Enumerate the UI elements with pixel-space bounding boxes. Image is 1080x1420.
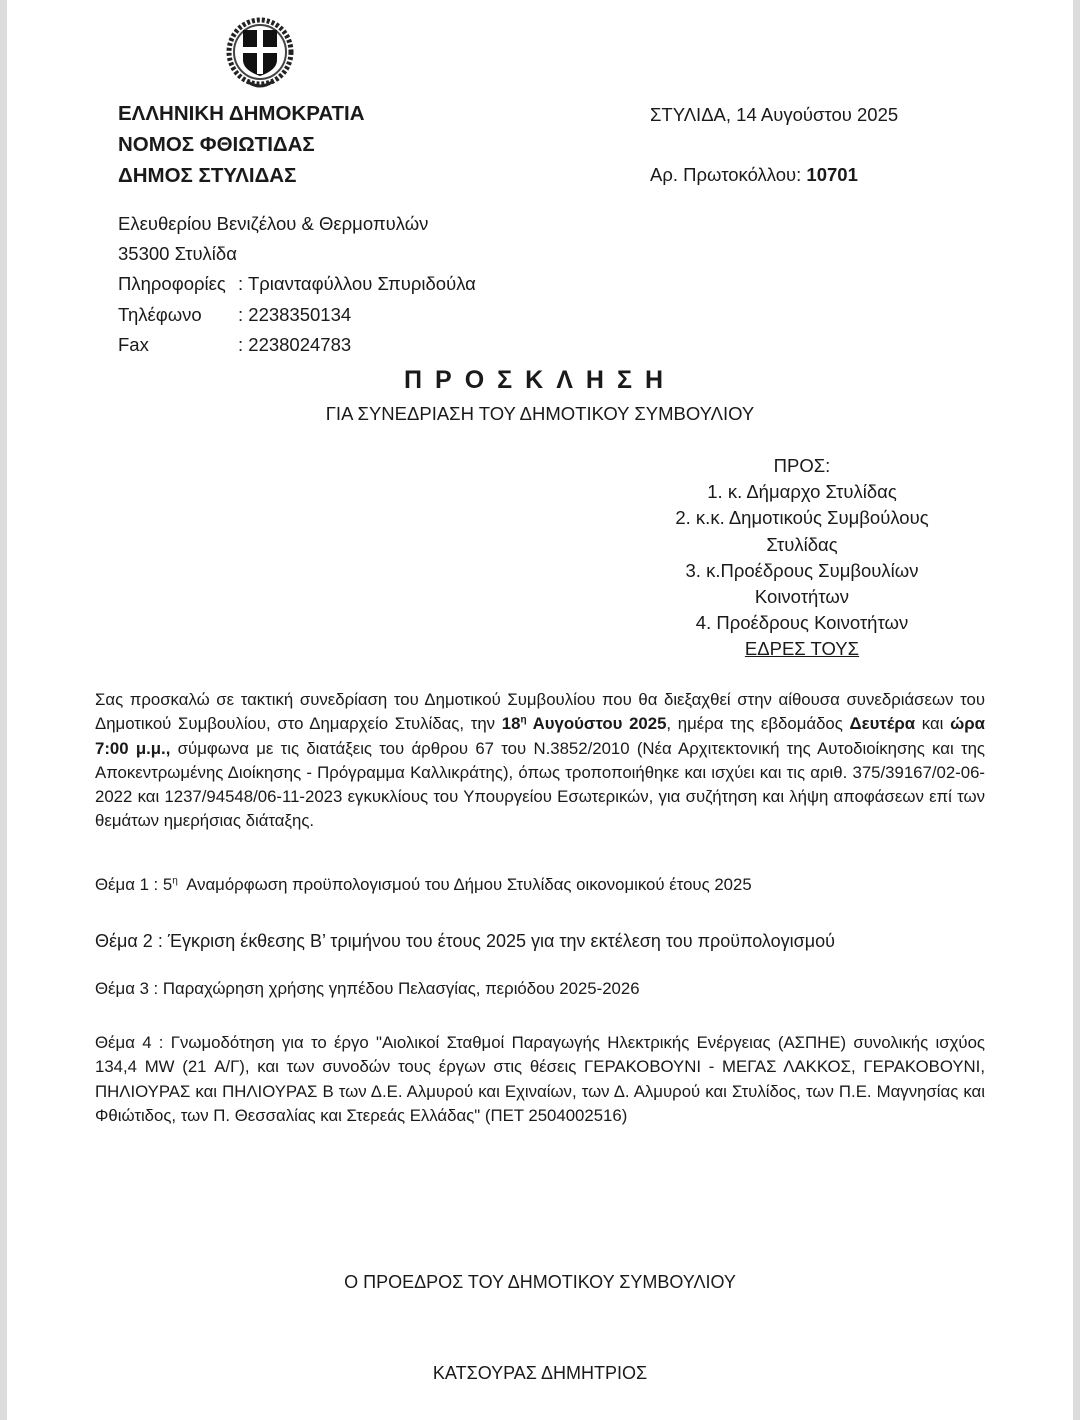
signature-role: Ο ΠΡΟΕΔΡΟΣ ΤΟΥ ΔΗΜΟΤΙΚΟΥ ΣΥΜΒΟΥΛΙΟΥ [7, 1272, 1073, 1293]
protocol-value: 10701 [806, 164, 857, 185]
recipient-line: 2. κ.κ. Δημοτικούς Συμβούλους [637, 505, 967, 531]
signature-name: ΚΑΤΣΟΥΡΑΣ ΔΗΜΗΤΡΙΟΣ [7, 1363, 1073, 1384]
agenda-topic-2: Θέμα 2 : Έγκριση έκθεσης Β’ τριμήνου του… [95, 929, 985, 953]
recipient-line: 3. κ.Προέδρους Συμβουλίων [637, 558, 967, 584]
fax-row: Fax : 2238024783 [118, 330, 476, 360]
address-block: Ελευθερίου Βενιζέλου & Θερμοπυλών 35300 … [118, 209, 476, 360]
address-city: 35300 Στυλίδα [118, 239, 476, 269]
document-title: ΠΡΟΣΚΛΗΣΗ [7, 366, 1073, 395]
address-street: Ελευθερίου Βενιζέλου & Θερμοπυλών [118, 209, 476, 239]
weekday: Δευτέρα [850, 714, 916, 733]
agenda-topic-4: Θέμα 4 : Γνωμοδότηση για το έργο "Αιολικ… [95, 1031, 985, 1128]
protocol-number: Αρ. Πρωτοκόλλου: 10701 [650, 164, 858, 186]
recipient-line: 4. Προέδρους Κοινοτήτων [637, 610, 967, 636]
recipient-line: Κοινοτήτων [637, 584, 967, 610]
recipients-seats: ΕΔΡΕΣ ΤΟΥΣ [637, 636, 967, 662]
recipient-line: Στυλίδας [637, 532, 967, 558]
header-republic: ΕΛΛΗΝΙΚΗ ΔΗΜΟΚΡΑΤΙΑ [118, 98, 365, 129]
phone-row: Τηλέφωνο : 2238350134 [118, 300, 476, 330]
agenda-topic-3: Θέμα 3 : Παραχώρηση χρήσης γηπέδου Πελασ… [95, 977, 985, 1001]
invitation-paragraph: Σας προσκαλώ σε τακτική συνεδρίαση του Δ… [95, 688, 985, 834]
agenda-topic-1: Θέμα 1 : 5η Αναμόρφωση προϋπολογισμού το… [95, 873, 985, 897]
header-prefecture: ΝΟΜΟΣ ΦΘΙΩΤΙΔΑΣ [118, 129, 315, 160]
greek-emblem-icon [226, 16, 294, 92]
info-row: Πληροφορίες : Τριανταφύλλου Σπυριδούλα [118, 269, 476, 299]
document-subtitle: ΓΙΑ ΣΥΝΕΔΡΙΑΣΗ ΤΟΥ ΔΗΜΟΤΙΚΟΥ ΣΥΜΒΟΥΛΙΟΥ [7, 403, 1073, 425]
recipients-block: ΠΡΟΣ: 1. κ. Δήμαρχο Στυλίδας 2. κ.κ. Δημ… [637, 453, 967, 663]
header-municipality: ΔΗΜΟΣ ΣΤΥΛΙΔΑΣ [118, 160, 296, 191]
document-page: ΕΛΛΗΝΙΚΗ ΔΗΜΟΚΡΑΤΙΑ ΝΟΜΟΣ ΦΘΙΩΤΙΔΑΣ ΔΗΜΟ… [7, 0, 1073, 1420]
place-date: ΣΤΥΛΙΔΑ, 14 Αυγούστου 2025 [650, 104, 898, 126]
recipients-heading: ΠΡΟΣ: [637, 453, 967, 479]
protocol-label: Αρ. Πρωτοκόλλου: [650, 164, 801, 185]
recipient-line: 1. κ. Δήμαρχο Στυλίδας [637, 479, 967, 505]
